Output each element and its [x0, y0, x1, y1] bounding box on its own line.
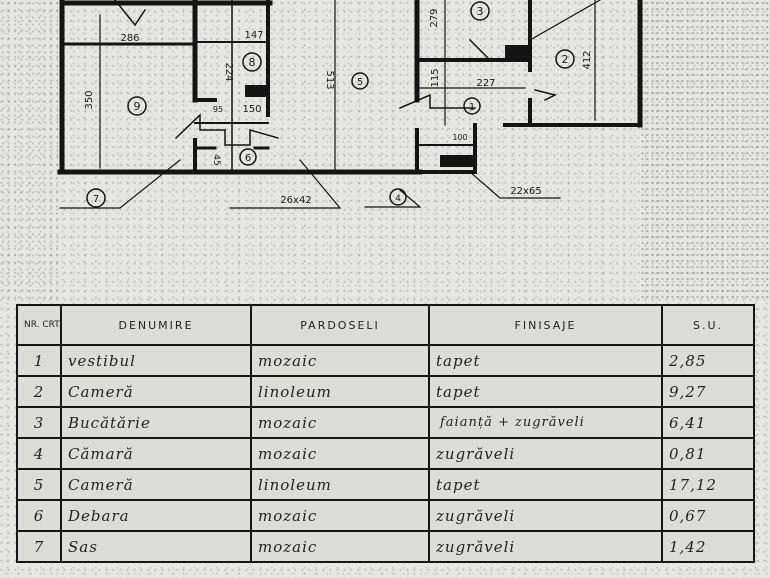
- dim-room8-lower-a: 95: [213, 105, 223, 114]
- cell-nr: 3: [17, 407, 61, 438]
- cell-nr: 5: [17, 469, 61, 500]
- table-header-row: NR. CRT. DENUMIRE PARDOSELI FINISAJE S.U…: [17, 305, 754, 345]
- dim-room6: 45: [211, 154, 221, 165]
- cell-finish: faianță + zugrăveli: [429, 407, 662, 438]
- cell-name: Cămară: [61, 438, 251, 469]
- cell-area: 1,42: [662, 531, 754, 562]
- dim-entry: 100: [452, 133, 467, 142]
- cell-finish: tapet: [429, 376, 662, 407]
- cell-nr: 7: [17, 531, 61, 562]
- cell-finish: zugrăveli: [429, 500, 662, 531]
- cell-finish: tapet: [429, 345, 662, 376]
- cell-floor: linoleum: [251, 469, 429, 500]
- header-floor: PARDOSELI: [251, 305, 429, 345]
- dim-window-left: 26x42: [280, 195, 311, 206]
- cell-area: 6,41: [662, 407, 754, 438]
- room-label-9: 9: [134, 100, 141, 113]
- room-label-2: 2: [562, 53, 569, 66]
- room-label-3: 3: [477, 5, 484, 18]
- cell-name: Cameră: [61, 469, 251, 500]
- table-row: 7 Sas mozaic zugrăveli 1,42: [17, 531, 754, 562]
- cell-floor: mozaic: [251, 345, 429, 376]
- table-row: 2 Cameră linoleum tapet 9,27: [17, 376, 754, 407]
- cell-area: 9,27: [662, 376, 754, 407]
- header-finish: FINISAJE: [429, 305, 662, 345]
- dim-room8-width: 147: [244, 30, 263, 41]
- dim-room5-height: 513: [324, 70, 335, 89]
- cell-finish: zugrăveli: [429, 438, 662, 469]
- cell-nr: 2: [17, 376, 61, 407]
- cell-floor: mozaic: [251, 438, 429, 469]
- dim-room1-height: 115: [430, 68, 441, 87]
- cell-name: Debara: [61, 500, 251, 531]
- dim-room1-width: 227: [476, 78, 495, 89]
- cell-name: vestibul: [61, 345, 251, 376]
- cell-area: 2,85: [662, 345, 754, 376]
- header-nr: NR. CRT.: [17, 305, 61, 345]
- dim-room9-width: 286: [120, 33, 139, 44]
- header-name: DENUMIRE: [61, 305, 251, 345]
- room-label-5: 5: [357, 77, 363, 88]
- dim-room8-lower-b: 150: [242, 104, 261, 115]
- cell-nr: 4: [17, 438, 61, 469]
- cell-floor: mozaic: [251, 531, 429, 562]
- cell-name: Cameră: [61, 376, 251, 407]
- table-row: 1 vestibul mozaic tapet 2,85: [17, 345, 754, 376]
- room-schedule-table: NR. CRT. DENUMIRE PARDOSELI FINISAJE S.U…: [16, 304, 755, 563]
- dim-room3-height: 279: [429, 8, 440, 27]
- header-area: S.U.: [662, 305, 754, 345]
- cell-floor: linoleum: [251, 376, 429, 407]
- cell-floor: mozaic: [251, 407, 429, 438]
- room-label-4: 4: [395, 194, 401, 204]
- cell-name: Bucătărie: [61, 407, 251, 438]
- room-label-6: 6: [245, 153, 251, 164]
- table-row: 5 Cameră linoleum tapet 17,12: [17, 469, 754, 500]
- cell-name: Sas: [61, 531, 251, 562]
- room-label-7: 7: [93, 194, 99, 205]
- dim-window-right: 22x65: [510, 186, 541, 197]
- room-label-8: 8: [249, 56, 256, 69]
- cell-area: 17,12: [662, 469, 754, 500]
- cell-area: 0,81: [662, 438, 754, 469]
- dim-room2-height: 412: [582, 50, 593, 69]
- dim-room8-height: 224: [223, 62, 234, 81]
- floor-plan: 9 8 6 5 3 2 1 7 4 286 350 147 224 95 150…: [0, 0, 770, 300]
- cell-area: 0,67: [662, 500, 754, 531]
- cell-finish: zugrăveli: [429, 531, 662, 562]
- cell-nr: 6: [17, 500, 61, 531]
- table-row: 6 Debara mozaic zugrăveli 0,67: [17, 500, 754, 531]
- table-row: 4 Cămară mozaic zugrăveli 0,81: [17, 438, 754, 469]
- cell-nr: 1: [17, 345, 61, 376]
- table-row: 3 Bucătărie mozaic faianță + zugrăveli 6…: [17, 407, 754, 438]
- dim-room9-height: 350: [84, 90, 95, 109]
- cell-floor: mozaic: [251, 500, 429, 531]
- cell-finish: tapet: [429, 469, 662, 500]
- room-label-1: 1: [469, 102, 475, 113]
